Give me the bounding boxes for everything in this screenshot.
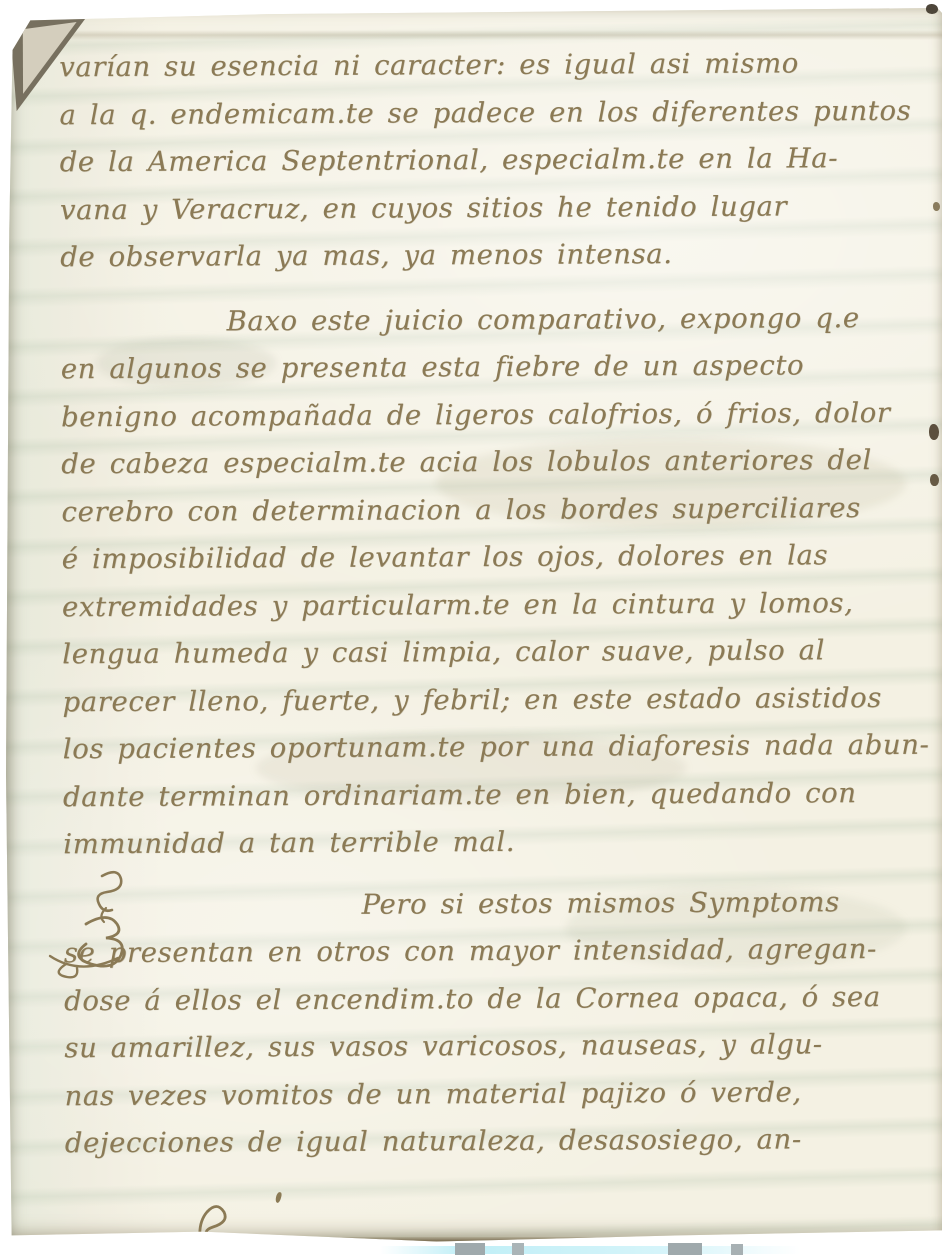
scanner-artifact [668, 1243, 702, 1255]
manuscript-line: vana y Veracruz, en cuyos sitios he teni… [60, 182, 926, 234]
manuscript-line: su amarillez, sus vasos varicosos, nause… [64, 1021, 930, 1073]
manuscript-line: de observarla ya mas, ya menos intensa. [60, 230, 926, 282]
ink-speck [275, 1192, 283, 1204]
manuscript-line: Pero si estos mismos Symptoms [63, 878, 929, 930]
paragraph-3: Pero si estos mismos Symptoms se present… [63, 878, 930, 1168]
manuscript-line: parecer lleno, fuerte, y febril; en este… [62, 674, 928, 726]
paper-top-crease [6, 30, 942, 40]
manuscript-line: lengua humeda y casi limpia, calor suave… [62, 627, 928, 679]
manuscript-line: cerebro con determinacion a los bordes s… [61, 484, 927, 536]
manuscript-line: se presentan en otros con mayor intensid… [64, 926, 930, 978]
manuscript-line: Baxo este juicio comparativo, expongo q.… [60, 294, 926, 346]
manuscript-line: los pacientes oportunam.te por una diafo… [63, 722, 929, 774]
manuscript-line: extremidades y particularm.te en la cint… [62, 579, 928, 631]
manuscript-text-block: varían su esencia ni caracter: es igual … [59, 40, 931, 1168]
manuscript-line: nas vezes vomitos de un material pajizo … [64, 1068, 930, 1120]
scanner-artifact [731, 1244, 743, 1255]
scanner-artifact [512, 1243, 524, 1255]
manuscript-line: dose á ellos el encendim.to de la Cornea… [64, 973, 930, 1025]
scanned-page: varían su esencia ni caracter: es igual … [0, 0, 942, 1255]
ink-blot [933, 202, 940, 211]
manuscript-line: varían su esencia ni caracter: es igual … [59, 40, 925, 92]
manuscript-line: de cabeza especialm.te acia los lobulos … [61, 437, 927, 489]
ink-blot [926, 4, 938, 14]
manuscript-line: immunidad a tan terrible mal. [63, 817, 929, 869]
manuscript-line: a la q. endemicam.te se padece en los di… [59, 87, 925, 139]
paragraph-2: Baxo este juicio comparativo, expongo q.… [60, 294, 929, 869]
manuscript-line: en algunos se presenta esta fiebre de un… [61, 342, 927, 394]
bottom-rubric-mark [184, 1202, 236, 1255]
margin-flourish-mark [40, 866, 150, 981]
manuscript-line: dejecciones de igual naturaleza, desasos… [65, 1116, 931, 1168]
manuscript-line: benigno acompañada de ligeros calofrios,… [61, 389, 927, 441]
paragraph-1: varían su esencia ni caracter: es igual … [59, 40, 926, 282]
ink-blot [929, 424, 939, 440]
manuscript-line: de la America Septentrional, especialm.t… [60, 135, 926, 187]
manuscript-paper: varían su esencia ni caracter: es igual … [6, 8, 942, 1244]
scanner-artifact [455, 1243, 485, 1255]
manuscript-line: dante terminan ordinariam.te en bien, qu… [63, 769, 929, 821]
manuscript-line: é imposibilidad de levantar los ojos, do… [62, 532, 928, 584]
ink-blot [930, 474, 939, 486]
